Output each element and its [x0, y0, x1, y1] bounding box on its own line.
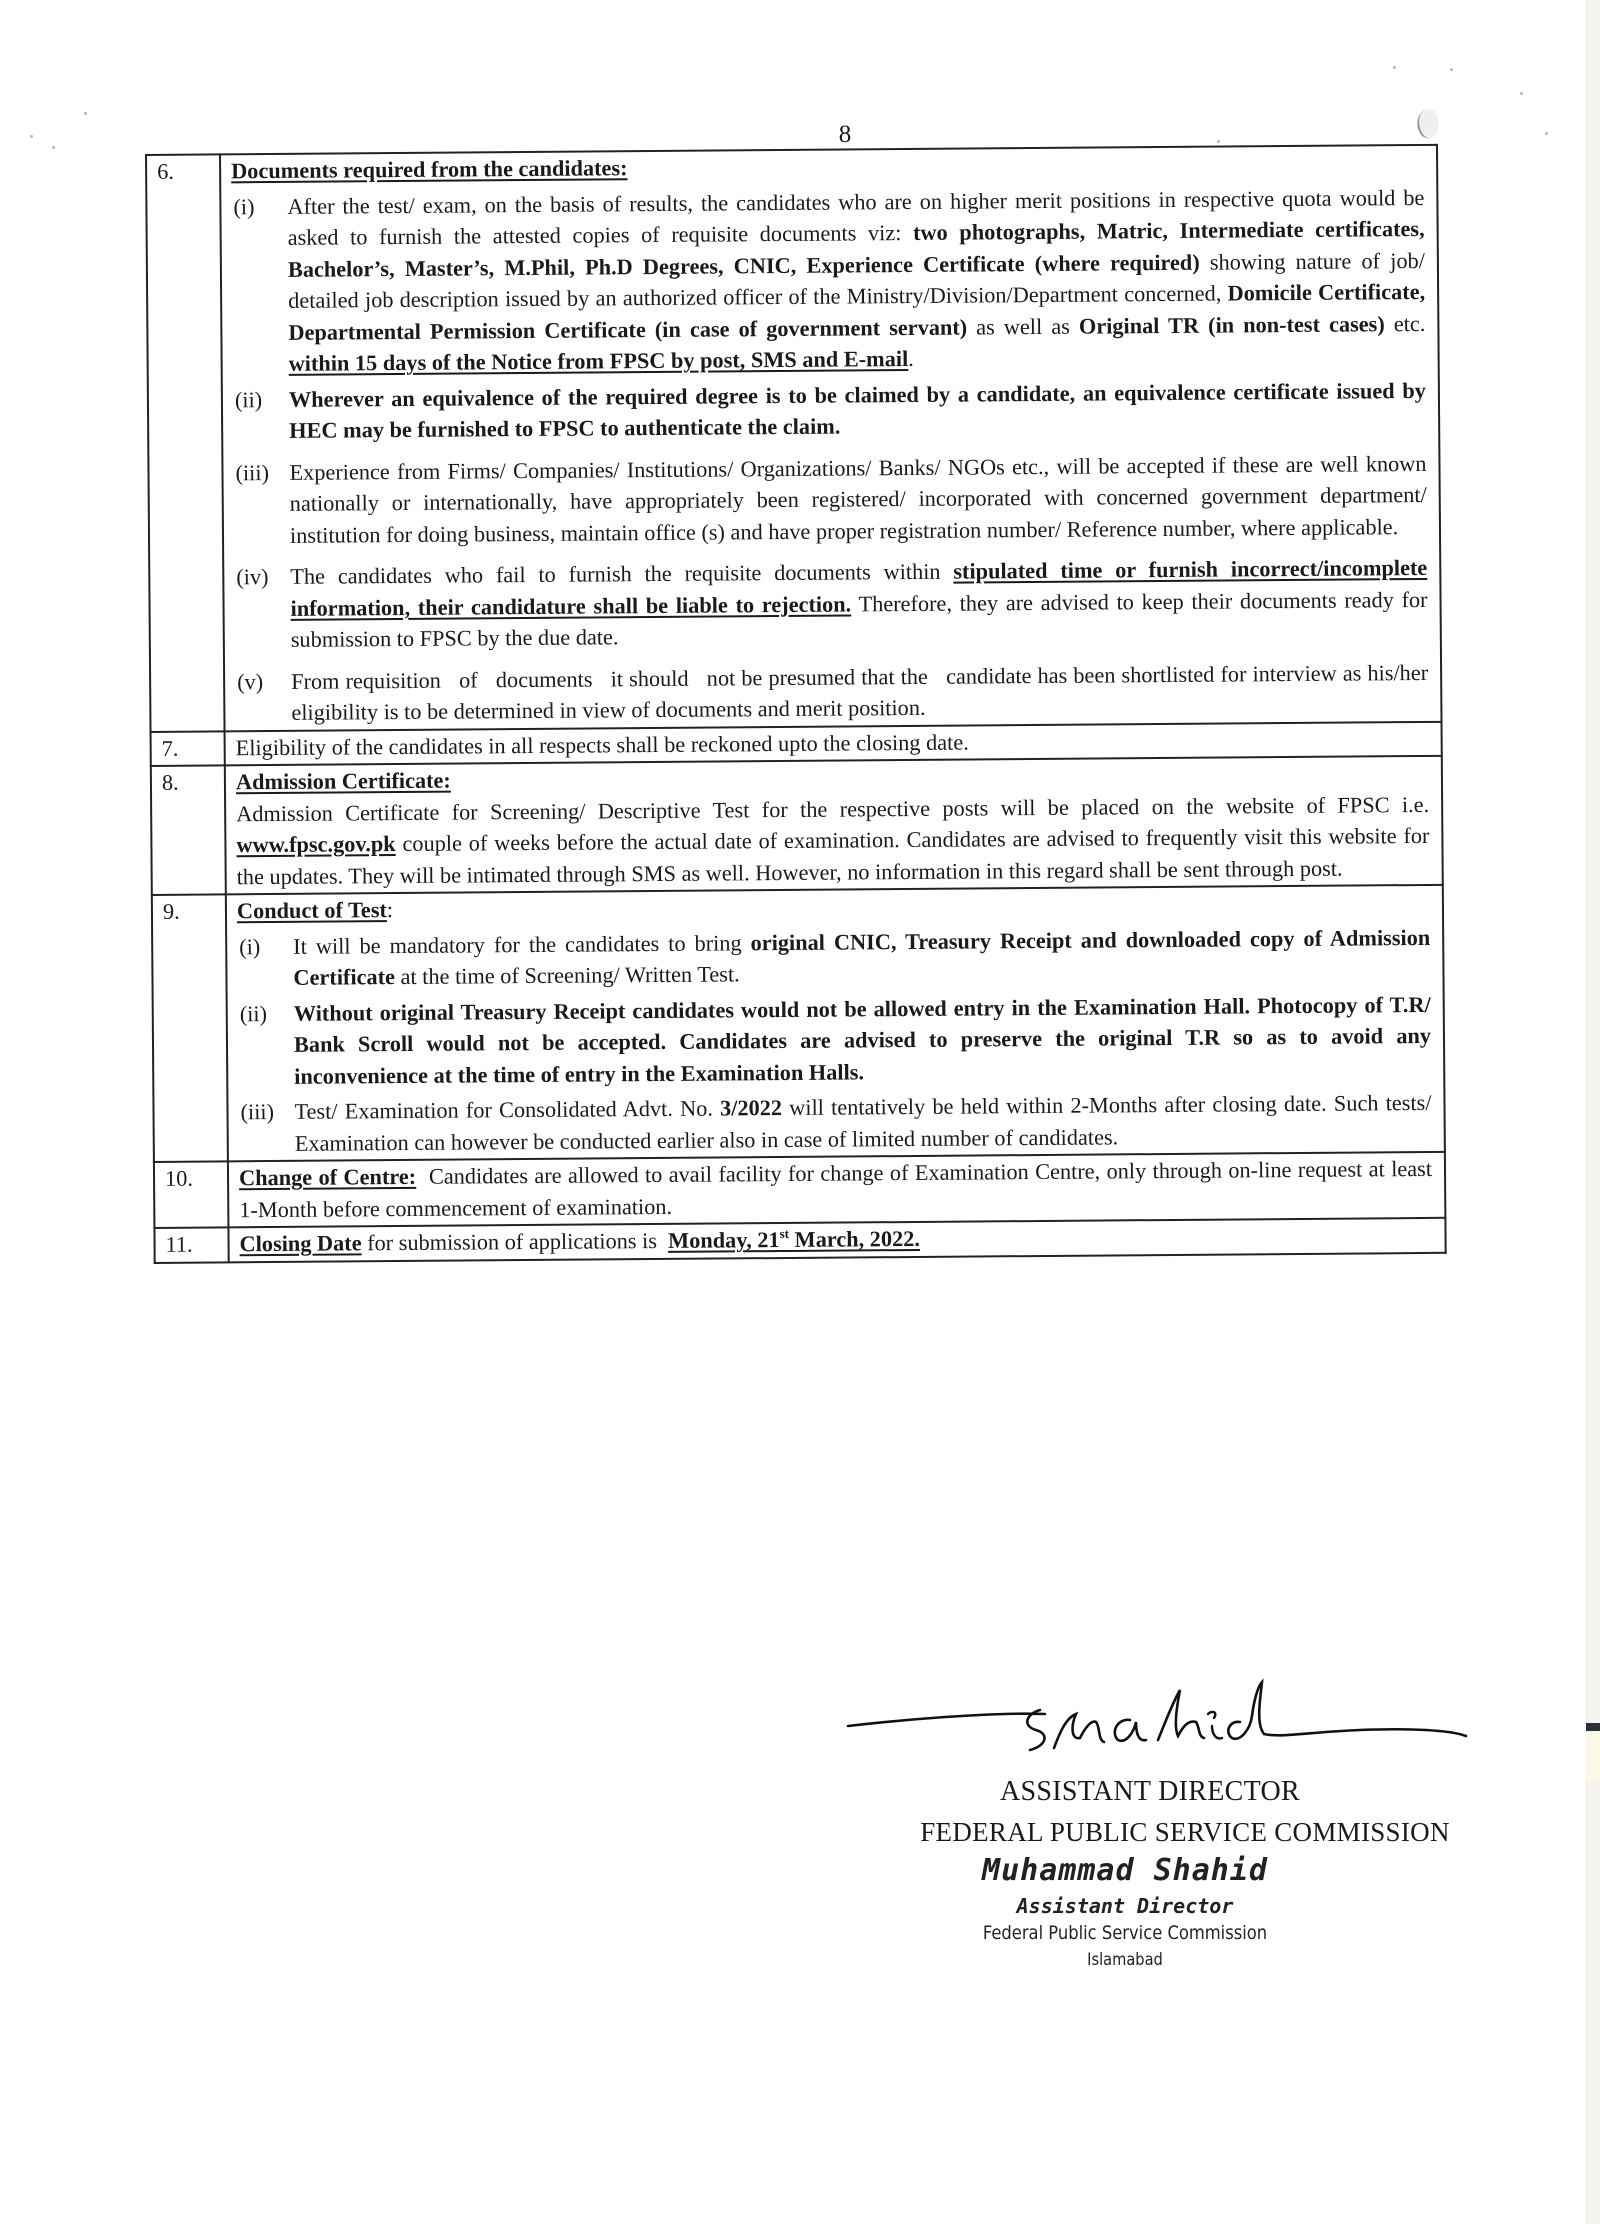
- item-content: Conduct of Test: (i) It will be mandator…: [226, 885, 1445, 1162]
- table-row-10: 10. Change of Centre: Candidates are all…: [154, 1152, 1445, 1228]
- item-number: 7.: [151, 731, 225, 766]
- item-content: Admission Certificate: Admission Certifi…: [225, 756, 1443, 895]
- scan-edge-strip: [1586, 0, 1600, 2224]
- text-run: Test/ Examination for Consolidated Advt.…: [294, 1096, 720, 1124]
- date-text: Monday, 21: [668, 1227, 780, 1253]
- date-text: March, 2022.: [789, 1226, 920, 1252]
- text-run: The candidates who fail to furnish the r…: [290, 559, 953, 589]
- table-row-6: 6. Documents required from the candidate…: [146, 145, 1441, 732]
- section-heading-centre: Change of Centre:: [239, 1164, 416, 1190]
- sub-item-6-i: (i) After the test/ exam, on the basis o…: [231, 181, 1425, 379]
- sub-item-9-ii: (ii) Without original Treasury Receipt c…: [238, 988, 1432, 1092]
- table-row-9: 9. Conduct of Test: (i) It will be manda…: [152, 885, 1445, 1162]
- section-heading-closing: Closing Date: [239, 1230, 361, 1256]
- sub-item-6-v: (v) From requisition of documents it sho…: [235, 656, 1428, 728]
- notice-table: 6. Documents required from the candidate…: [145, 144, 1447, 1264]
- text-run: etc.: [1385, 310, 1426, 335]
- admission-text: Admission Certificate for Screening/ Des…: [236, 788, 1430, 892]
- sub-item-6-ii: (ii) Wherever an equivalence of the requ…: [233, 374, 1426, 446]
- sub-item-text: Wherever an equivalence of the required …: [289, 374, 1426, 446]
- sub-item-9-iii: (iii) Test/ Examination for Consolidated…: [238, 1087, 1431, 1159]
- item-content: Change of Centre: Candidates are allowed…: [228, 1152, 1445, 1228]
- scan-edge-mark: [1586, 1723, 1600, 1731]
- sub-item-text: After the test/ exam, on the basis of re…: [287, 181, 1425, 379]
- item-number: 11.: [154, 1227, 228, 1262]
- stamp-city: Islamabad: [846, 1950, 1405, 1970]
- roman-numeral: (ii): [233, 383, 289, 446]
- fpsc-website-link[interactable]: www.fpsc.gov.pk: [236, 831, 395, 857]
- roman-numeral: (i): [231, 190, 288, 379]
- signatory-designation: ASSISTANT DIRECTOR: [825, 1775, 1475, 1809]
- stamp-name: Muhammad Shahid: [800, 1853, 1450, 1888]
- text-run: Admission Certificate for Screening/ Des…: [236, 791, 1429, 825]
- roman-numeral: (i): [237, 930, 293, 993]
- text-run: .: [908, 346, 914, 371]
- text-run: It will be mandatory for the candidates …: [293, 930, 751, 959]
- text-run: as well as: [967, 313, 1079, 339]
- sub-item-6-iii: (iii) Experience from Firms/ Companies/ …: [233, 447, 1427, 551]
- sub-item-6-iv: (iv) The candidates who fail to furnish …: [234, 552, 1428, 656]
- item-number: 9.: [152, 894, 228, 1162]
- stamp-role: Assistant Director: [800, 1894, 1450, 1918]
- sub-item-9-i: (i) It will be mandatory for the candida…: [237, 921, 1430, 993]
- item-content: Documents required from the candidates: …: [220, 145, 1441, 731]
- bold-run: 3/2022: [720, 1095, 782, 1120]
- sub-item-text: Without original Treasury Receipt candid…: [294, 988, 1432, 1091]
- item-number: 10.: [154, 1161, 229, 1228]
- scan-speck: [1450, 68, 1453, 71]
- handwritten-signature-icon: [840, 1670, 1490, 1770]
- scan-edge-tint: [1586, 1731, 1600, 1781]
- sub-item-text: Test/ Examination for Consolidated Advt.…: [294, 1087, 1431, 1159]
- sub-item-text: Experience from Firms/ Companies/ Instit…: [289, 447, 1427, 550]
- bold-run: Original TR (in non-test cases): [1079, 311, 1385, 338]
- closing-date: Monday, 21st March, 2022.: [668, 1226, 920, 1253]
- sub-item-text: From requisition of documents it should …: [291, 656, 1428, 728]
- table-row-8: 8. Admission Certificate: Admission Cert…: [151, 756, 1443, 895]
- item-number: 8.: [151, 765, 226, 895]
- roman-numeral: (iii): [238, 1096, 294, 1159]
- scan-speck: [1393, 66, 1396, 69]
- text-run: for submission of applications is: [361, 1228, 668, 1255]
- stamp-organization: Federal Public Service Commission: [846, 1922, 1405, 1944]
- underlined-run: within 15 days of the Notice from FPSC b…: [289, 346, 909, 376]
- text-run: at the time of Screening/ Written Test.: [395, 961, 740, 989]
- scan-speck: [1520, 92, 1523, 95]
- section-heading-conduct: Conduct of Test:: [237, 886, 1430, 927]
- text-run: couple of weeks before the actual date o…: [237, 823, 1430, 889]
- roman-numeral: (iv): [234, 561, 291, 656]
- signatory-organization: FEDERAL PUBLIC SERVICE COMMISSION: [860, 1815, 1510, 1849]
- item-number: 6.: [146, 154, 225, 731]
- heading-text: Conduct of Test: [237, 897, 387, 923]
- roman-numeral: (v): [235, 665, 291, 728]
- roman-numeral: (iii): [233, 456, 290, 551]
- sub-item-text: The candidates who fail to furnish the r…: [290, 552, 1428, 655]
- sub-item-text: It will be mandatory for the candidates …: [293, 921, 1430, 993]
- heading-colon: :: [387, 897, 393, 922]
- section-heading-documents: Documents required from the candidates:: [231, 146, 1424, 187]
- text-run: Candidates are allowed to avail facility…: [239, 1156, 1437, 1222]
- scan-speck: [84, 112, 87, 115]
- roman-numeral: (ii): [238, 997, 295, 1092]
